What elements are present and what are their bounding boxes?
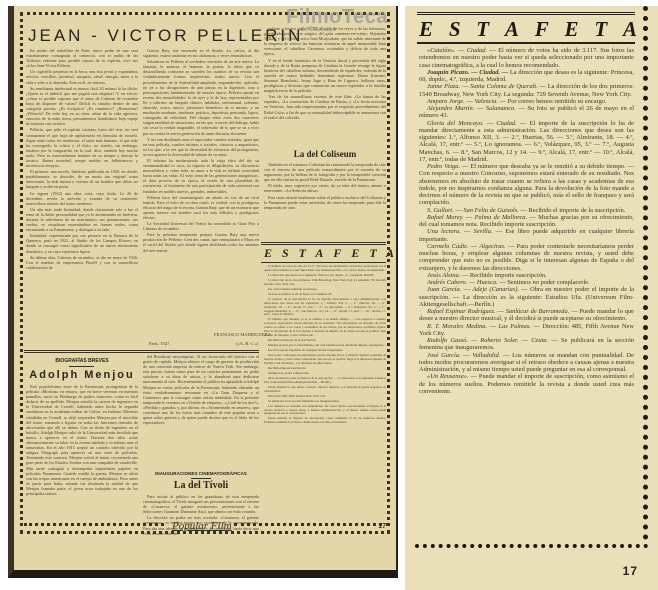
correspondent-name: Carmelo Cádiz. [427,243,468,250]
letter-entry: Andrés Cabero. — Huesca. — Sentimos no p… [419,279,634,286]
paragraph: Los números se mandan con puntualidad. D… [264,405,386,417]
paragraph: La dirección de los dos primeros: 1540 B… [264,279,386,287]
correspondent-name: Andrés Cabero. [427,279,467,286]
paragraph: Pellerin, que pide el espíritu cristiano… [26,127,138,168]
correspondent-place: Algeciras. [479,243,505,250]
paragraph: Intimidad, representada por vez primera … [26,233,138,253]
letter-entry: «Catalán». — Ciudad. — El número de voto… [419,47,634,69]
letter-entry: Carmelo Cádiz. — Algeciras. — Para poder… [419,243,634,272]
paragraph: Este popularísimo actor de la Paramount,… [26,384,138,496]
estafeta-bottom-rule [417,42,635,44]
correspondent-name: S. Gallart. [427,207,454,214]
article-place-date: París, 1927. [149,341,170,346]
article-title: JEAN - VICTOR PELLERIN [28,26,258,46]
correspondent-place: Valencia. [474,98,498,105]
correspondent-name: Pedro Veiga. [427,163,460,170]
correspondent-name: Rafael Espinar Rodríguez. [427,308,496,315]
paragraph: El primero, una novela, Intérieur, publi… [26,169,138,189]
estafeta-rule [261,262,386,263]
paragraph: Pellerin hace del cinematógrafo un aliad… [143,195,259,220]
popular-film-logo: Popular Film [172,520,232,532]
letter-entry: Pedro Veiga. — El número que deseaba ya … [419,163,634,207]
correspondent-place: Adeje (Canarias). [472,286,519,293]
correspondent-name: Rodolfo Gassó. — Roberto Soler. [427,337,518,344]
correspondent-name: Jaime Plaza. [427,83,460,90]
reply-text: El importe de la suscripción lo ha de ma… [419,120,634,163]
paragraph: El importe de la suscripción lo ha de ma… [264,298,386,318]
paragraph: del Broadway neoyorquino. Al ser licenci… [143,354,259,425]
letter-entry: Jesús Alsina. — Recibido importe suscrip… [419,272,634,279]
correspondent-name: Juan García. [427,286,461,293]
letter-entry: José García. — Valladolid. — Los números… [419,352,634,374]
correspondent-place: Ceuta. [531,337,548,344]
correspondent-name: Amparo Jorge. [427,98,465,105]
article-credit: («A. B. C.») [236,341,258,346]
paragraph: El sobrino ha modernizado toda la vieja … [143,158,259,194]
paragraph: En medio del torbellino de París, único … [26,48,138,68]
reply-text: Por correo hemos remitido su encargo. [508,98,607,105]
letter-entry: Rafael Espinar Rodríguez. — Sanlúcar de … [419,308,634,323]
letter-entry: Rafael Morey. — Palma de Mallorca. — Muc… [419,214,634,229]
correspondent-name: «Un Reusense». [427,373,469,380]
title-letter: A [623,17,637,42]
correspondent-name: Alejandro Martín. [427,105,474,112]
paragraph: Un cigarrillo perpetuo en la boca, una r… [26,69,138,84]
footer-ornament-left [24,523,164,526]
paragraph: Y en el fondo fantástico de la Venecia d… [264,58,386,94]
correspondent-place: Las Palmas. [498,323,531,330]
correspondent-place: Sanlúcar de Barrameda. [506,308,570,315]
estafeta-zoom: E S T A F E T A «Catalán». — Ciudad. — E… [405,6,658,590]
correspondent-place: Sevilla. [474,228,493,235]
paragraph: Tres de las maravillosas escenas de este… [264,94,386,119]
correspondent-place: Palma de Mallorca. [475,214,527,221]
correspondent-name: Una lectora. [427,228,461,235]
coliseum-heading: La del Coliseum [264,149,386,159]
paragraph: El título, muy sugestivo por cierto, da … [264,183,386,193]
paragraph: Saludaron en Pellerin al verdadero inici… [143,59,259,135]
checkered-border-bottom [415,544,648,548]
estafeta-top-rule [417,12,635,15]
letter-entry: Una lectora. — Sevilla. — Ese libro pued… [419,228,634,243]
correspondent-name: «Catalán». [427,47,456,54]
paragraph: Su última obra, Cabezas de recambio, se … [26,255,138,270]
letter-entry: Amparo Jorge. — Valencia. — Por correo h… [419,98,634,105]
title-letter: S [449,17,461,42]
letter-entry: Juan García. — Adeje (Canarias). — Obra … [419,286,634,308]
paragraph: Le siguen (1922) una obra corta, cuyo tí… [26,191,138,206]
correspondent-name: Joaquín Picazo. [427,69,469,76]
correspondent-name: R. T. Morales Medina. [427,323,487,330]
paragraph: Un año más tarde Intimidad, donde claram… [26,207,138,232]
letter-entry: «Un Reusense». — Puede mandar el importe… [419,373,634,395]
paragraph: Puede mandar el importe de suscripción, … [264,417,386,425]
checkered-border-right [643,6,648,540]
reply-text: El número que deseaba ya se le remitió a… [419,163,634,206]
biographies-label: BIOGRAFÍAS BREVES [26,358,138,364]
paragraph: Obra en nuestro poder el importe de la s… [264,377,386,385]
casanova-continuation: galante y festivo siglo XVIII, el siglo … [264,26,386,148]
reply-text: Recibido importe suscripción. [470,272,547,279]
paragraph: El número de votos ha sido de 3.117. Sus… [264,265,386,273]
estafeta-body: «Catalán». — Ciudad. — El número de voto… [419,47,634,395]
paragraph: Para poder contestarle necesitaríamos pe… [264,354,386,366]
letter-entry: Gloria del Moncayo. — Ciudad. — El impor… [419,120,634,164]
correspondent-place: Valladolid. [472,352,500,359]
tivoli-heading: La del Tívoli [143,480,259,491]
letter-entry: Rodolfo Gassó. — Roberto Soler. — Ceuta.… [419,337,634,352]
correspondent-place: Ciudad. [496,120,516,127]
letter-entry: S. Gallart. — San Feliu de Guixols. — Re… [419,207,634,214]
estafeta-rule [261,242,386,245]
correspondent-place: Salamanca. [486,105,516,112]
paragraph: galante y festivo siglo XVIII, el siglo … [264,26,386,57]
paragraph: La Sociedad Universal del Teatro ha conc… [143,221,259,231]
paragraph: El número que deseaba ya se le remitió a… [264,318,386,338]
letter-entry: R. T. Morales Medina. — Las Palmas. — Di… [419,323,634,338]
page-number: 17 [378,523,386,530]
correspondent-name: Rafael Morey. [427,214,464,221]
paragraph: Para iniciar al público en las grandiosa… [143,494,259,514]
biography-name: Adolph Menjou [26,369,138,381]
correspondent-name: Gloria del Moncayo. [427,120,484,127]
pellerin-column-1: En medio del torbellino de París, único … [26,48,138,306]
paragraph: Dirección: 485, Fifth Avenue New York Ci… [264,395,386,399]
correspondent-place: Huesca. [477,279,498,286]
paragraph: Gaston Baty, fue estrenada en el Studio.… [143,48,259,58]
paragraph: También en el suntuoso Coliseum ha comen… [264,162,386,182]
reply-text: Sentimos no poder complacerle. [507,279,589,286]
paragraph: Se publicará en la sección femenina que … [264,400,386,404]
article-signature: FRANCISCO MADRIGUERA [214,332,271,337]
full-page-scan: FilmoTeca de Catalunya JEAN - VICTOR PEL… [8,6,398,578]
coliseum-article: También en el suntuoso Coliseum ha comen… [264,162,386,236]
inauguraciones-label: INAUGURACIONES CINEMATOGRÁFICAS [141,471,261,476]
heading-rule [69,366,94,367]
menjou-column-2: del Broadway neoyorquino. Al ser licenci… [143,354,259,434]
paragraph: Para la próxima temporada prepara Gaston… [143,232,259,252]
mini-estafeta-title: ESTAFETA [264,246,398,261]
heading-rule [191,478,211,479]
paragraph: Su semblanza intelectual es menos fácil.… [26,86,138,127]
correspondent-name: José García. [427,352,461,359]
section-divider [24,350,259,353]
title-letter: E [565,17,579,42]
correspondent-place: Santa Coloma de Queralt. [470,83,538,90]
title-letter: T [476,17,489,42]
menjou-column-1: Este popularísimo actor de la Paramount,… [26,384,138,536]
letter-entry: Joaquín Picazo. — Ciudad. — La dirección… [419,69,634,84]
title-letter: F [535,17,549,42]
correspondent-place: Ciudad. [467,47,487,54]
correspondent-place: Ciudad. [479,69,500,76]
mini-estafeta-column: El número de votos ha sido de 3.117. Sus… [264,265,386,530]
pellerin-column-2: Gaston Baty, fue estrenada en el Studio.… [143,48,259,296]
page-number: 17 [623,564,638,578]
correspondent-place: San Feliu de Guixols. [463,207,518,214]
title-letter: E [419,17,433,42]
letter-entry: Jaime Plaza. — Santa Coloma de Queralt. … [419,83,634,98]
footer-ornament-right [234,523,389,526]
reply-text: Recibido el importe de la suscripción. [528,207,625,214]
paragraph: Esta cinta triunfó totalmente sobre el p… [264,195,386,210]
paragraph: Puede mandar lo que desee a nuestro dire… [264,386,386,394]
estafeta-title: E S T A F E T A [419,17,637,42]
correspondent-name: Jesús Alsina. [427,272,460,279]
title-letter: A [505,17,519,42]
paragraph: Y así van desfilando ante el espectador … [143,137,259,157]
title-letter: T [594,17,607,42]
letter-entry: Alejandro Martín. — Salamanca. — Su foto… [419,105,634,120]
